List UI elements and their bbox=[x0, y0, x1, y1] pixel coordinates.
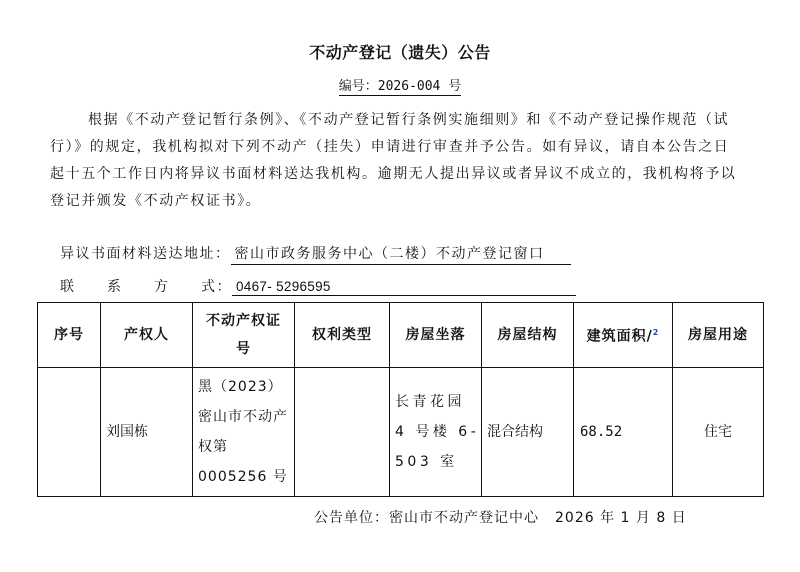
cell-index bbox=[38, 368, 101, 497]
header-location: 房屋坐落 bbox=[390, 303, 482, 368]
cell-area: 68.52 bbox=[574, 368, 673, 497]
property-table: 序号 产权人 不动产权证号 权利类型 房屋坐落 房屋结构 建筑面积/2 房屋用途… bbox=[37, 302, 764, 497]
header-structure: 房屋结构 bbox=[482, 303, 574, 368]
contact-label: 联 系 方 式： bbox=[60, 276, 232, 296]
cell-structure: 混合结构 bbox=[482, 368, 574, 497]
body-line-3: 起十五个工作日内将异议书面材料送达我机构。逾期无人提出异议或者异议不成立的，我机… bbox=[50, 161, 780, 188]
objection-address-label: 异议书面材料送达地址： bbox=[60, 243, 231, 263]
notice-title: 不动产登记（遗失）公告 bbox=[0, 40, 800, 63]
header-index: 序号 bbox=[38, 303, 101, 368]
objection-address-value: 密山市政务服务中心（二楼）不动产登记窗口 bbox=[231, 243, 571, 265]
header-certificate-no: 不动产权证号 bbox=[193, 303, 295, 368]
cell-right-type bbox=[295, 368, 390, 497]
notice-number-text: 编号：2026-004 号 bbox=[339, 79, 461, 96]
header-area-label: 建筑面积/ bbox=[587, 329, 653, 345]
contact-label-char: 方 bbox=[154, 276, 170, 296]
header-usage: 房屋用途 bbox=[673, 303, 764, 368]
notice-number: 编号：2026-004 号 bbox=[0, 75, 800, 94]
issue-date: 2026 年 1 月 8 日 bbox=[555, 510, 687, 526]
body-line-1: 根据《不动产登记暂行条例》、《不动产登记暂行条例实施细则》和《不动产登记操作规范… bbox=[88, 107, 800, 134]
cell-owner: 刘国栋 bbox=[101, 368, 193, 497]
contact-label-char: 系 bbox=[107, 276, 123, 296]
cell-location: 长青花园 4 号楼 6-503 室 bbox=[390, 368, 482, 497]
contact-phone: 0467- 5296595 bbox=[232, 279, 576, 296]
body-line-4: 登记并颁发《不动产权证书》。 bbox=[50, 188, 780, 215]
notice-footer: 公告单位：密山市不动产登记中心2026 年 1 月 8 日 bbox=[314, 507, 687, 527]
table-header-row: 序号 产权人 不动产权证号 权利类型 房屋坐落 房屋结构 建筑面积/2 房屋用途 bbox=[38, 303, 764, 368]
header-right-type: 权利类型 bbox=[295, 303, 390, 368]
objection-address-row: 异议书面材料送达地址： 密山市政务服务中心（二楼）不动产登记窗口 bbox=[60, 243, 571, 265]
contact-row: 联 系 方 式： 0467- 5296595 bbox=[60, 276, 576, 296]
cell-certificate-no: 黑（2023）密山市不动产权第 0005256 号 bbox=[193, 368, 295, 497]
header-area: 建筑面积/2 bbox=[574, 303, 673, 368]
issuer: 公告单位：密山市不动产登记中心 bbox=[314, 510, 539, 526]
square-meter-unit: 2 bbox=[653, 328, 660, 337]
cell-usage: 住宅 bbox=[673, 368, 764, 497]
table-row: 刘国栋 黑（2023）密山市不动产权第 0005256 号 长青花园 4 号楼 … bbox=[38, 368, 764, 497]
body-line-2: 行）》的规定，我机构拟对下列不动产（挂失）申请进行审查并予公告。如有异议，请自本… bbox=[50, 134, 780, 161]
contact-label-char: 式： bbox=[201, 276, 232, 296]
contact-label-char: 联 bbox=[60, 276, 76, 296]
header-owner: 产权人 bbox=[101, 303, 193, 368]
